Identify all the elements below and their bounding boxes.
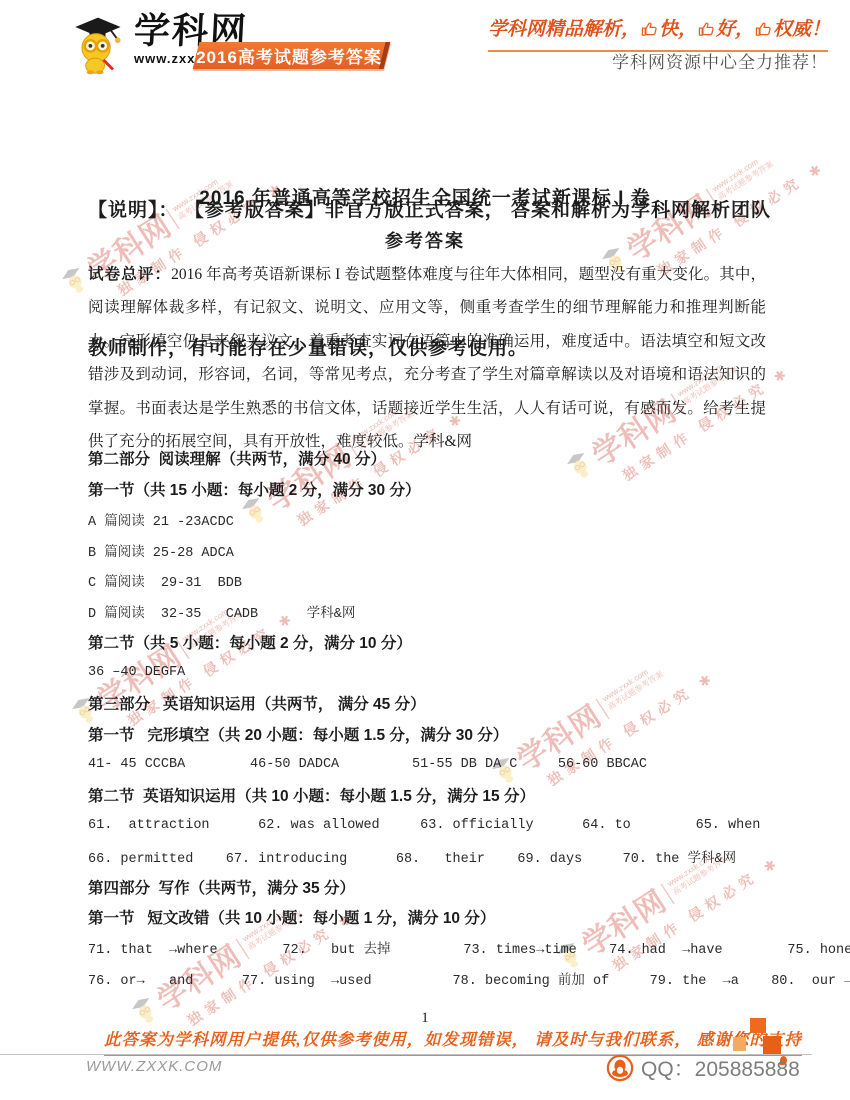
thumbs-up-icon — [698, 21, 715, 44]
page-number: 1 — [0, 1010, 850, 1027]
overview-label: 试卷总评： — [88, 266, 171, 283]
footer-site-url: WWW.ZXXK.COM — [86, 1058, 222, 1075]
answer-line: C 篇阅读 29-31 BDB — [88, 565, 788, 596]
overview-text: 2016 年高考英语新课标 I 卷试题整体难度与往年大体相同，题型没有重大变化。… — [88, 266, 766, 450]
slogan-part: 学科网精品解析， — [488, 19, 640, 40]
document-title: 2016 年普通高等学校招生全国统一考试新课标 I 卷 — [0, 183, 850, 210]
section-heading: 第三部分 英语知识运用（共两节， 满分 45 分） — [88, 688, 788, 719]
thumbs-up-icon — [755, 21, 772, 44]
section-heading: 第四部分 写作（共两节，满分 35 分） — [88, 871, 788, 902]
answer-line: 61. attraction 62. was allowed 63. offic… — [88, 810, 788, 841]
footer-notice: 此答案为学科网用户提供,仅供参考使用，如发现错误， 请及时与我们联系， 感谢您的… — [104, 1026, 802, 1056]
answer-line: 66. permitted 67. introducing 68. their … — [88, 841, 788, 872]
exam-overview-paragraph: 试卷总评：2016 年高考英语新课标 I 卷试题整体难度与往年大体相同，题型没有… — [88, 258, 766, 458]
footer-qq: QQ：205885888 — [606, 1053, 800, 1083]
graduate-chick-mascot-icon — [64, 12, 130, 76]
section-heading: 第二节 英语知识运用（共 10 小题：每小题 1.5 分，满分 15 分） — [88, 780, 788, 811]
answer-line: B 篇阅读 25-28 ADCA — [88, 535, 788, 566]
section-heading: 第二节（共 5 小题：每小题 2 分，满分 10 分） — [88, 627, 788, 658]
answer-line: D 篇阅读 32-35 CADB 学科&网 — [88, 596, 788, 627]
document-page: 学科网| www.zxxk.com高考试题参考答案 独家制作 侵权必究 ✱ 学科… — [0, 0, 850, 1100]
answer-line: A 篇阅读 21 -23ACDC — [88, 504, 788, 535]
answer-line: 41- 45 CCCBA 46-50 DADCA 51-55 DB DA C 5… — [88, 749, 788, 780]
answer-line: 36 –40 DEGFA — [88, 657, 788, 688]
answer-line: 76. or→ and 77. using →used 78. becoming… — [88, 963, 788, 994]
answers-section: 第二部分 阅读理解（共两节，满分 40 分） 第一节（共 15 小题：每小题 2… — [88, 443, 788, 994]
slogan-part: 权威！ — [773, 19, 830, 40]
document-subtitle: 参考答案 — [0, 227, 850, 253]
answer-line: 71. that →where 72. but 去掉 73. times→tim… — [88, 933, 788, 964]
header-sub-slogan: 学科网资源中心全力推荐！ — [488, 48, 828, 73]
slogan-part: 快， — [659, 19, 697, 40]
thumbs-up-icon — [641, 21, 658, 44]
deco-square — [750, 1018, 766, 1033]
deco-square — [763, 1036, 781, 1054]
qq-penguin-icon — [606, 1054, 634, 1082]
section-heading: 第二部分 阅读理解（共两节，满分 40 分） — [88, 443, 788, 474]
banner-text: 2016高考试题参考答案 — [196, 42, 382, 69]
qq-number: QQ：205885888 — [641, 1053, 800, 1083]
deco-square — [733, 1037, 746, 1051]
header-slogan: 学科网精品解析，快，好，权威！ — [488, 14, 828, 52]
section-heading: 第一节 完形填空（共 20 小题：每小题 1.5 分，满分 30 分） — [88, 718, 788, 749]
slogan-part: 好， — [716, 19, 754, 40]
section-heading: 第一节 短文改错（共 10 小题：每小题 1 分，满分 10 分） — [88, 902, 788, 933]
exam-answers-banner: 2016高考试题参考答案 — [193, 42, 391, 69]
section-heading: 第一节（共 15 小题：每小题 2 分，满分 30 分） — [88, 474, 788, 505]
